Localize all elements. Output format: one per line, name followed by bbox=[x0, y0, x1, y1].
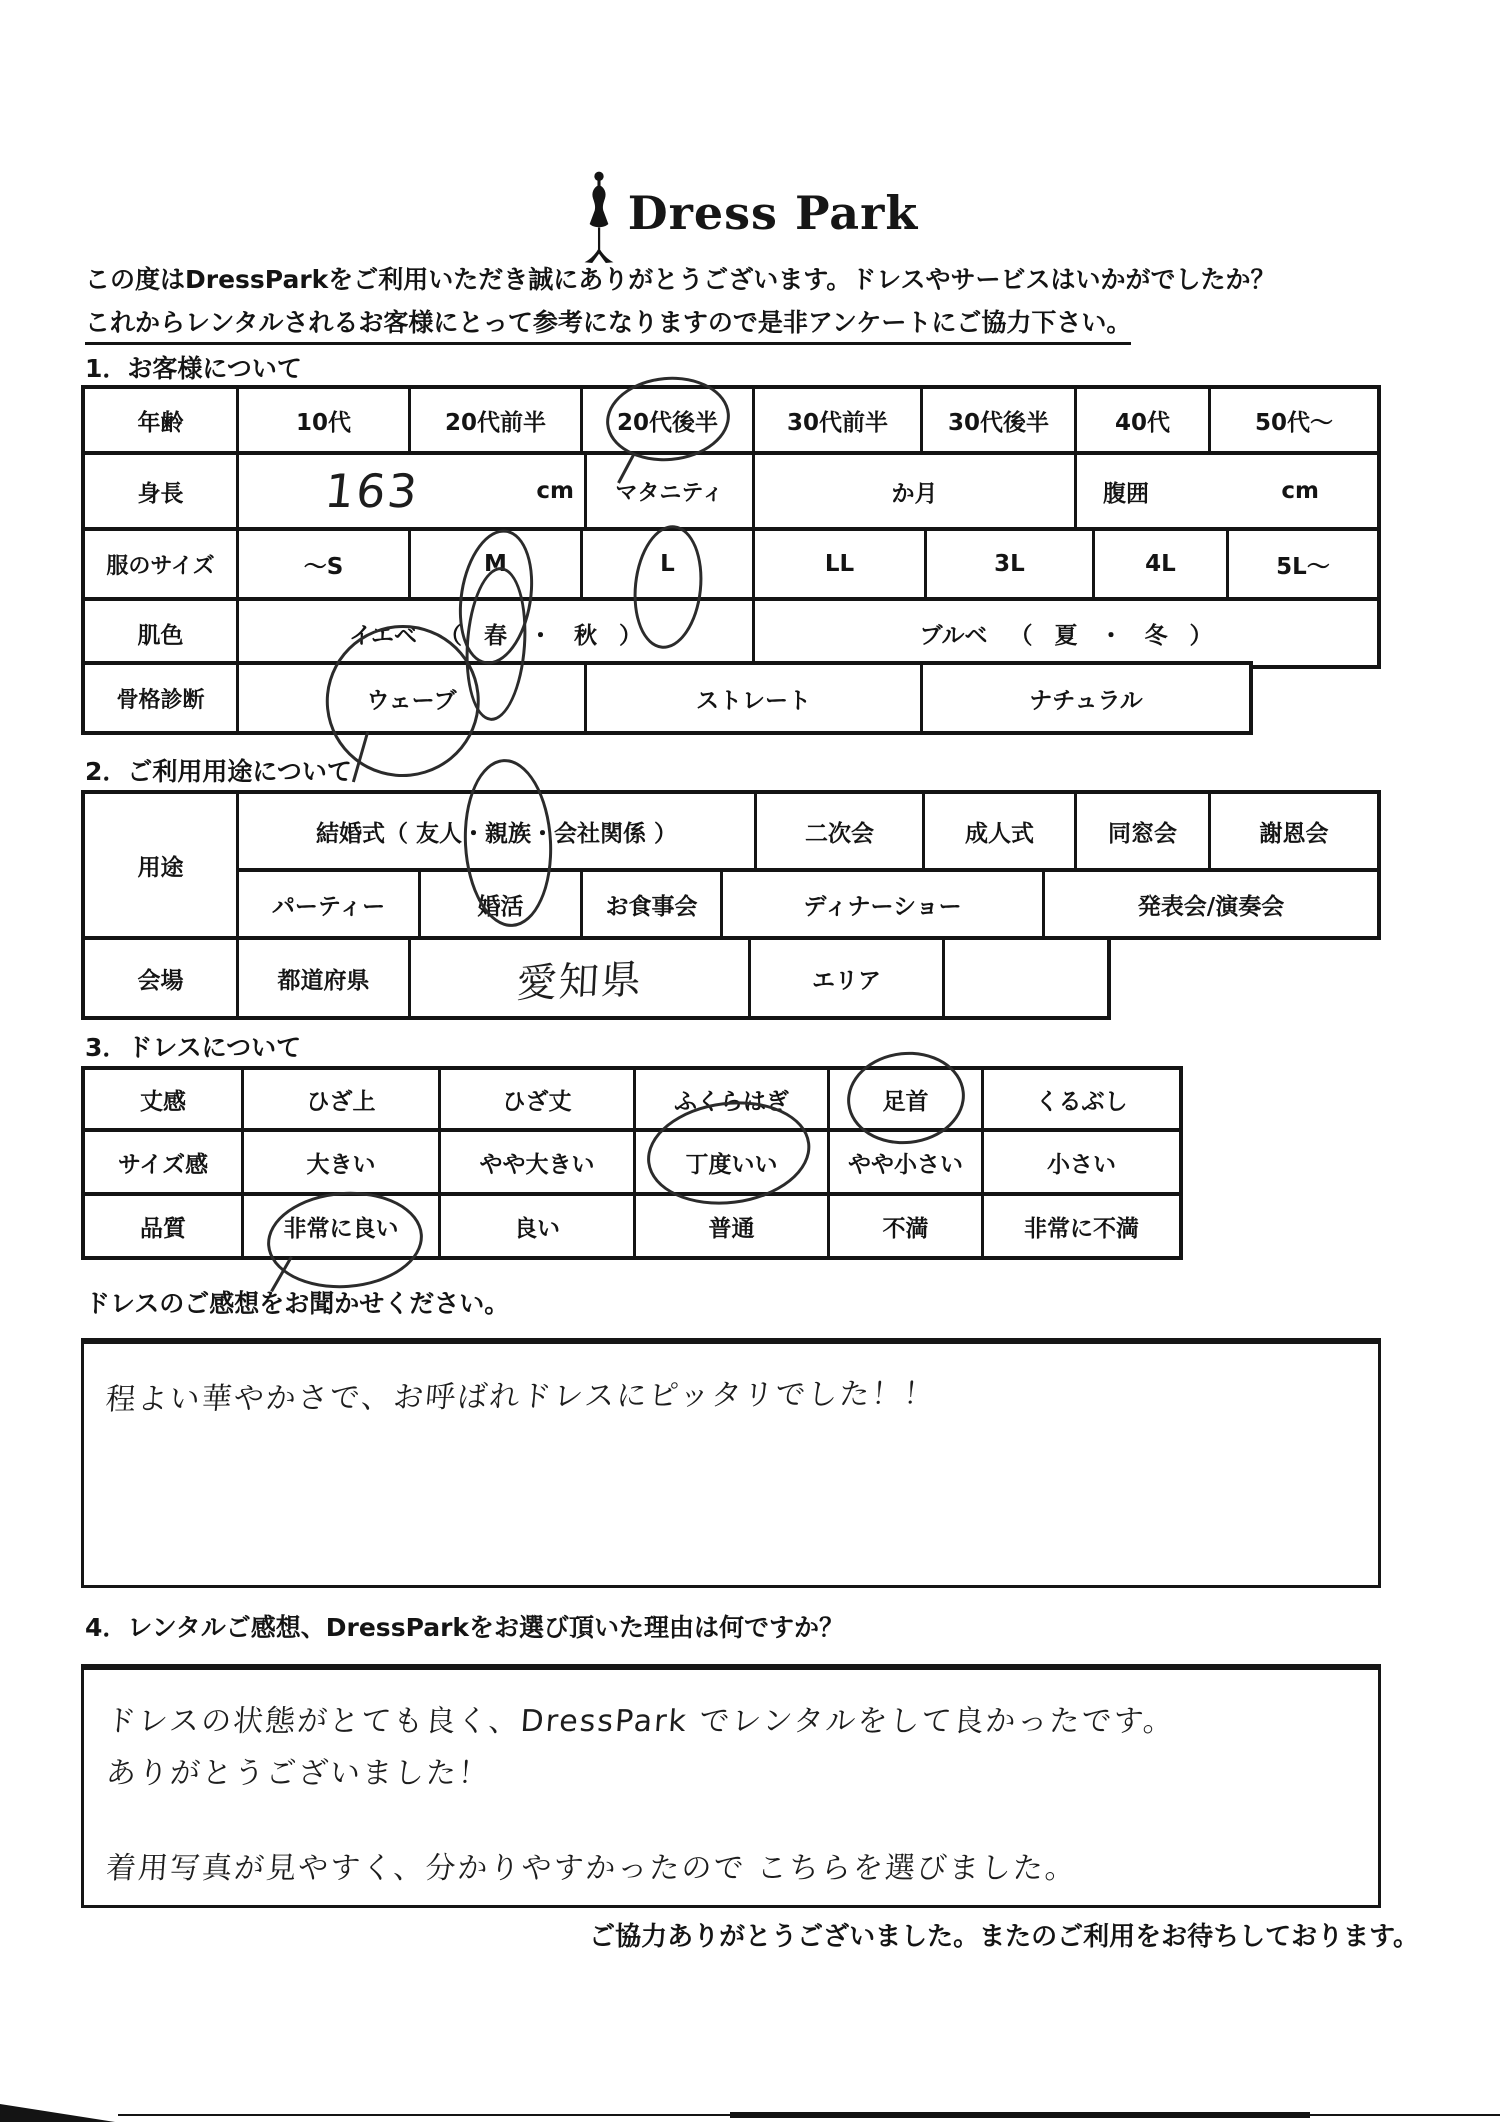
customer-table: 年齢 10代 20代前半 20代後半 30代前半 30代後半 40代 50代～ … bbox=[81, 385, 1381, 669]
skin-summer-label: 夏 bbox=[1055, 617, 1078, 650]
footer-thanks: ご協力ありがとうございました。またのご利用をお待ちしております。 bbox=[589, 1916, 1419, 1953]
purpose-table: 用途 結婚式（ 友人・ 親族 ・会社関係 ） 二次会 成人式 同窓会 謝恩会 パ… bbox=[81, 790, 1381, 940]
height-unit: cm bbox=[536, 478, 574, 504]
section3-title: 3．ドレスについて bbox=[85, 1028, 301, 1064]
separator-dot: ・ bbox=[529, 617, 552, 650]
section1-title: 1．お客様について bbox=[85, 349, 302, 385]
quality-option-label: 非常に良い bbox=[284, 1210, 399, 1243]
age-option: 50代～ bbox=[1211, 389, 1377, 451]
size-option: LL bbox=[755, 531, 927, 597]
quality-option: 不満 bbox=[830, 1196, 984, 1256]
size-option: 5L～ bbox=[1229, 531, 1377, 597]
quality-option-selected: 非常に良い bbox=[244, 1196, 441, 1256]
intro-thanks-text: この度はDressParkをご利用いただき誠にありがとうございます。ドレスやサー… bbox=[85, 260, 1425, 296]
quality-row: 品質 非常に良い 良い 普通 不満 非常に不満 bbox=[85, 1196, 1179, 1256]
dress-feedback-box: 程よい華やかさで、お呼ばれドレスにピッタリでした！！ bbox=[81, 1338, 1381, 1588]
age-option: 30代後半 bbox=[923, 389, 1077, 451]
skeleton-table: 骨格診断 ウェーブ ストレート ナチュラル bbox=[81, 661, 1253, 735]
quality-label: 品質 bbox=[85, 1196, 244, 1256]
paren: ） bbox=[619, 617, 642, 650]
fit-option: やや小さい bbox=[830, 1132, 984, 1192]
purpose-label: 用途 bbox=[85, 794, 239, 936]
size-option: 3L bbox=[927, 531, 1095, 597]
fit-option-selected: 丁度いい bbox=[636, 1132, 830, 1192]
scanned-survey-page: Dress Park この度はDressParkをご利用いただき誠にありがとうご… bbox=[0, 0, 1500, 2127]
purpose-option: 同窓会 bbox=[1077, 794, 1211, 868]
length-option: ひざ丈 bbox=[441, 1070, 636, 1128]
purpose-option-wedding: 結婚式（ 友人・ 親族 ・会社関係 ） bbox=[239, 794, 757, 868]
length-option: ふくらはぎ bbox=[636, 1070, 830, 1128]
height-value-cell: 163 cm bbox=[239, 455, 587, 527]
length-label: 丈感 bbox=[85, 1070, 244, 1128]
size-option-label: L bbox=[660, 551, 675, 577]
fit-row: サイズ感 大きい やや大きい 丁度いい やや小さい 小さい bbox=[85, 1132, 1179, 1196]
skeleton-option: ストレート bbox=[587, 665, 923, 731]
fit-option: 小さい bbox=[984, 1132, 1179, 1192]
dress-feedback-label: ドレスのご感想をお聞かせください。 bbox=[85, 1284, 509, 1320]
quality-option: 良い bbox=[441, 1196, 636, 1256]
purpose-row-1: 結婚式（ 友人・ 親族 ・会社関係 ） 二次会 成人式 同窓会 謝恩会 bbox=[239, 794, 1377, 872]
prefecture-label: 都道府県 bbox=[239, 940, 411, 1016]
fit-option: やや大きい bbox=[441, 1132, 636, 1192]
intro-block: この度はDressParkをご利用いただき誠にありがとうございます。ドレスやサー… bbox=[85, 260, 1425, 345]
skin-blue-label: ブルベ bbox=[919, 617, 987, 650]
dress-table: 丈感 ひざ上 ひざ丈 ふくらはぎ 足首 くるぶし サイズ感 大きい やや大きい … bbox=[81, 1066, 1183, 1260]
length-option: ひざ上 bbox=[244, 1070, 441, 1128]
waist-label: 腹囲 bbox=[1103, 475, 1149, 508]
purpose-option: ディナーショー bbox=[723, 872, 1045, 936]
size-row: 服のサイズ ～S M L LL 3L 4L 5L～ bbox=[85, 531, 1377, 601]
prefecture-value-cell: 愛知県 bbox=[411, 940, 751, 1016]
rental-feedback-line-2: ありがとうございました！ bbox=[104, 1752, 1357, 1796]
age-option: 20代前半 bbox=[411, 389, 583, 451]
area-label: エリア bbox=[751, 940, 945, 1016]
fit-option: 大きい bbox=[244, 1132, 441, 1192]
scan-artifact-corner bbox=[0, 2104, 115, 2122]
selection-circle-tail bbox=[352, 732, 369, 783]
age-option-selected: 20代後半 bbox=[583, 389, 755, 451]
purpose-option: お食事会 bbox=[583, 872, 723, 936]
skin-label: 肌色 bbox=[85, 601, 239, 665]
purpose-option: 発表会/演奏会 bbox=[1045, 872, 1377, 936]
skin-yellow-label: イエベ bbox=[349, 617, 417, 650]
paren: ） bbox=[1190, 617, 1213, 650]
section4-title: 4．レンタルご感想、DressParkをお選び頂いた理由は何ですか？ bbox=[85, 1608, 844, 1644]
venue-table: 会場 都道府県 愛知県 エリア bbox=[81, 936, 1111, 1020]
separator-dot: ・ bbox=[1100, 617, 1123, 650]
brand-name: Dress Park bbox=[628, 186, 918, 240]
purpose-option: 謝恩会 bbox=[1211, 794, 1377, 868]
wedding-relative-selected: 親族 bbox=[485, 815, 531, 848]
fit-option-label: 丁度いい bbox=[686, 1146, 778, 1179]
size-label: 服のサイズ bbox=[85, 531, 239, 597]
size-option: 4L bbox=[1095, 531, 1229, 597]
months-label: か月 bbox=[755, 455, 1077, 527]
scan-artifact-line-thick bbox=[730, 2112, 1310, 2118]
purpose-option: 二次会 bbox=[757, 794, 925, 868]
paren: （ bbox=[439, 617, 462, 650]
age-option: 40代 bbox=[1077, 389, 1211, 451]
area-value-cell bbox=[945, 940, 1107, 1016]
waist-cell: 腹囲 cm bbox=[1077, 455, 1377, 527]
size-option: ～S bbox=[239, 531, 411, 597]
size-option-label: M bbox=[484, 551, 507, 577]
age-row: 年齢 10代 20代前半 20代後半 30代前半 30代後半 40代 50代～ bbox=[85, 389, 1377, 455]
dress-feedback-handwritten: 程よい華やかさで、お呼ばれドレスにピッタリでした！！ bbox=[104, 1370, 1358, 1422]
length-row: 丈感 ひざ上 ひざ丈 ふくらはぎ 足首 くるぶし bbox=[85, 1070, 1179, 1132]
height-handwritten-value: 163 bbox=[322, 464, 421, 518]
prefecture-handwritten-value: 愛知県 bbox=[515, 947, 644, 1008]
length-option-selected: 足首 bbox=[830, 1070, 984, 1128]
logo: Dress Park bbox=[0, 160, 1500, 266]
dress-form-icon bbox=[582, 170, 616, 266]
skeleton-label: 骨格診断 bbox=[85, 665, 239, 731]
fit-label: サイズ感 bbox=[85, 1132, 244, 1192]
age-label: 年齢 bbox=[85, 389, 239, 451]
size-option-selected: M bbox=[411, 531, 583, 597]
purpose-row-2: パーティー 婚活 お食事会 ディナーショー 発表会/演奏会 bbox=[239, 872, 1377, 936]
rental-feedback-box: ドレスの状態がとても良く、DressPark でレンタルをして良かったです。 あ… bbox=[81, 1664, 1381, 1908]
skeleton-option-selected: ウェーブ bbox=[239, 665, 587, 731]
rental-feedback-line-3: 着用写真が見やすく、分かりやすかったので こちらを選びました。 bbox=[104, 1847, 1357, 1891]
skin-winter-label: 冬 bbox=[1145, 617, 1168, 650]
skin-yellow-cell: イエベ （ 春 ・ 秋 ） bbox=[239, 601, 755, 665]
wedding-text-pre: 結婚式（ 友人・ bbox=[316, 815, 485, 848]
maternity-label: マタニティ bbox=[587, 455, 755, 527]
venue-row: 会場 都道府県 愛知県 エリア bbox=[85, 940, 1107, 1016]
purpose-option: 成人式 bbox=[925, 794, 1077, 868]
purpose-option: 婚活 bbox=[421, 872, 583, 936]
waist-unit: cm bbox=[1281, 478, 1319, 504]
skin-option-selected: 春 bbox=[484, 617, 507, 650]
wedding-text-post: ・会社関係 ） bbox=[531, 815, 677, 848]
skeleton-option-label: ウェーブ bbox=[367, 682, 457, 715]
section2-title: 2．ご利用用途について bbox=[85, 752, 352, 788]
skin-blue-cell: ブルベ （ 夏 ・ 冬 ） bbox=[755, 601, 1377, 665]
height-label: 身長 bbox=[85, 455, 239, 527]
wedding-relative-label: 親族 bbox=[485, 815, 531, 848]
venue-label: 会場 bbox=[85, 940, 239, 1016]
age-option: 10代 bbox=[239, 389, 411, 451]
rental-feedback-line-1: ドレスの状態がとても良く、DressPark でレンタルをして良かったです。 bbox=[104, 1700, 1357, 1744]
height-row: 身長 163 cm マタニティ か月 腹囲 cm bbox=[85, 455, 1377, 531]
intro-request-text: これからレンタルされるお客様にとって参考になりますので是非アンケートにご協力下さ… bbox=[85, 303, 1131, 345]
skeleton-row: 骨格診断 ウェーブ ストレート ナチュラル bbox=[85, 665, 1249, 731]
quality-option: 普通 bbox=[636, 1196, 830, 1256]
length-option-label: 足首 bbox=[883, 1083, 929, 1116]
size-option-selected: L bbox=[583, 531, 755, 597]
age-option: 30代前半 bbox=[755, 389, 923, 451]
skin-autumn-label: 秋 bbox=[574, 617, 597, 650]
skin-tone-row: 肌色 イエベ （ 春 ・ 秋 ） ブルベ （ 夏 ・ 冬 ） bbox=[85, 601, 1377, 665]
skeleton-option: ナチュラル bbox=[923, 665, 1249, 731]
skin-spring-label: 春 bbox=[484, 617, 507, 650]
age-option-label: 20代後半 bbox=[617, 404, 718, 437]
length-option: くるぶし bbox=[984, 1070, 1179, 1128]
quality-option: 非常に不満 bbox=[984, 1196, 1179, 1256]
paren: （ bbox=[1010, 617, 1033, 650]
purpose-option: パーティー bbox=[239, 872, 421, 936]
